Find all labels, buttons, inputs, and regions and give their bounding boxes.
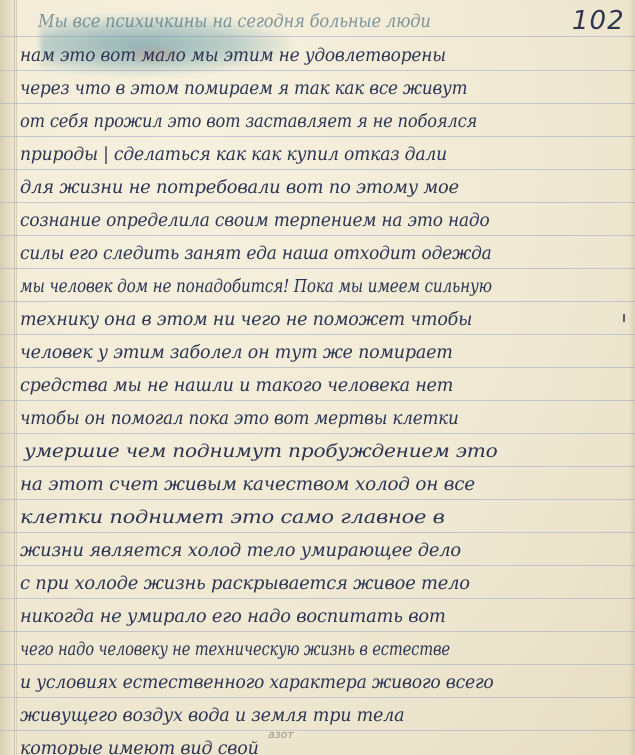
- page-number: 102: [572, 6, 625, 36]
- text-line: жизни является холод тело умирающее дело: [20, 541, 461, 561]
- ruled-line: [0, 466, 635, 467]
- text-line: Мы все психичкины на сегодня больные люд…: [38, 12, 431, 32]
- ruled-line: [0, 598, 635, 599]
- text-line: технику она в этом ни чего не поможет чт…: [20, 310, 472, 330]
- text-line: силы его следить занят еда наша отходит …: [20, 244, 492, 264]
- ruled-line: [0, 202, 635, 203]
- text-line: человек у этим заболел он тут же помирае…: [20, 343, 453, 363]
- text-line: и условиях естественного характера живог…: [20, 673, 494, 693]
- text-line: для жизни не потребовали вот по этому мо…: [20, 178, 459, 198]
- ruled-line: [0, 334, 635, 335]
- ruled-line: [0, 697, 635, 698]
- ruled-line: [0, 235, 635, 236]
- text-line: с при холоде жизнь раскрывается живое те…: [20, 574, 470, 594]
- text-line: никогда не умирало его надо воспитать во…: [20, 607, 446, 627]
- text-line: природы | сделаться как как купил отказ …: [20, 145, 447, 165]
- text-line: через что в этом помираем я так как все …: [20, 79, 467, 99]
- ruled-line: [0, 631, 635, 632]
- ruled-line: [0, 301, 635, 302]
- ruled-line: [0, 169, 635, 170]
- text-line: которые имеют вид свой: [20, 739, 259, 755]
- ruled-line: [0, 268, 635, 269]
- ruled-line: [0, 730, 635, 731]
- text-line: чтобы он помогал пока это вот мертвы кле…: [20, 409, 459, 429]
- notebook-page: 102 Мы все психичкины на сегодня больные…: [0, 0, 635, 755]
- ruled-line: [0, 532, 635, 533]
- text-line: умершие чем поднимут пробуждением это: [24, 442, 498, 462]
- text-line: от себя прожил это вот заставляет я не п…: [20, 112, 477, 132]
- margin-annotation: азот: [268, 728, 294, 741]
- margin-line: [14, 0, 15, 755]
- ruled-line: [0, 103, 635, 104]
- text-line: сознание определила своим терпением на э…: [20, 211, 489, 231]
- text-line: на этот счет живым качеством холод он вс…: [20, 475, 475, 495]
- ruled-line: [0, 664, 635, 665]
- pen-mark: [623, 314, 625, 322]
- ruled-line: [0, 499, 635, 500]
- text-line: живущего воздух вода и земля три тела: [20, 706, 404, 726]
- text-line: нам это вот мало мы этим не удовлетворен…: [20, 46, 446, 66]
- ruled-line: [0, 565, 635, 566]
- ruled-line: [0, 433, 635, 434]
- text-line: мы человек дом не понадобится! Пока мы и…: [20, 277, 492, 297]
- ruled-line: [0, 367, 635, 368]
- page-edge-shadow: [629, 0, 635, 755]
- text-line: чего надо человеку не техническую жизнь …: [20, 640, 450, 660]
- ruled-line: [0, 136, 635, 137]
- text-line: клетки поднимет это само главное в: [20, 508, 445, 528]
- text-line: средства мы не нашли и такого человека н…: [20, 376, 453, 396]
- ruled-line: [0, 400, 635, 401]
